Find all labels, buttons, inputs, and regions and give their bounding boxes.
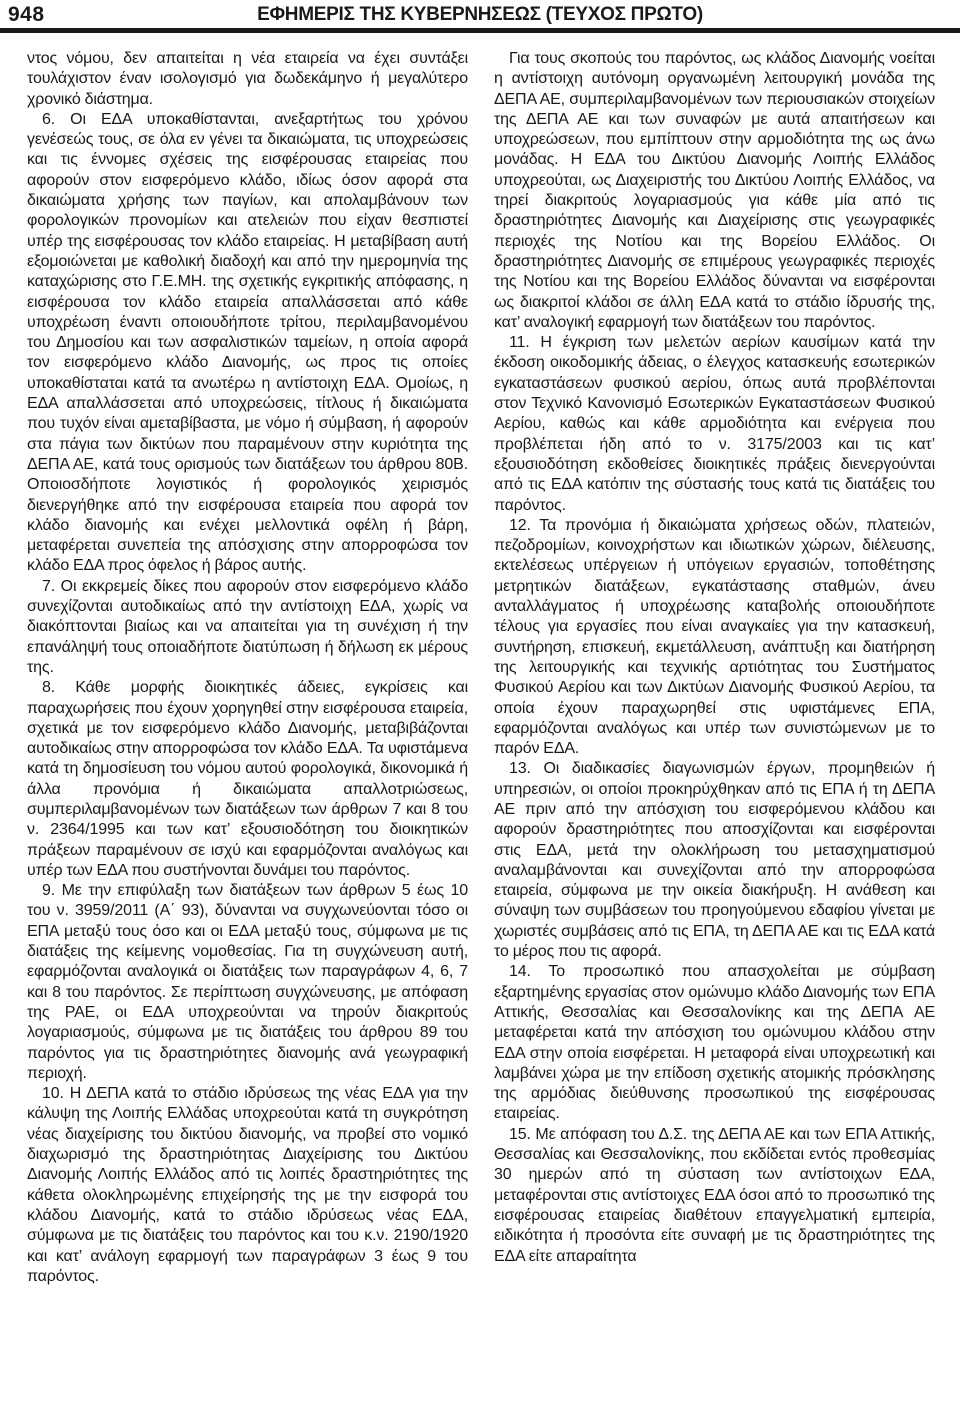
paragraph: ντος νόμου, δεν απαιτείται η νέα εταιρεί…	[27, 49, 468, 110]
paragraph: 8. Κάθε μορφής διοικητικές άδειες, εγκρί…	[27, 678, 468, 881]
paragraph: 9. Με την επιφύλαξη των διατάξεων των άρ…	[27, 881, 468, 1084]
paragraph: 12. Τα προνόμια ή δικαιώματα χρήσεως οδώ…	[494, 516, 935, 760]
paragraph: 14. Το προσωπικό που απασχολείται με σύμ…	[494, 962, 935, 1124]
page-title: ΕΦΗΜΕΡΙΣ ΤΗΣ ΚΥΒΕΡΝΗΣΕΩΣ (ΤΕΥΧΟΣ ΠΡΩΤΟ)	[0, 4, 960, 26]
two-column-text: ντος νόμου, δεν απαιτείται η νέα εταιρεί…	[0, 33, 960, 1287]
paragraph: 10. Η ΔΕΠΑ κατά το στάδιο ιδρύσεως της ν…	[27, 1084, 468, 1287]
left-column: ντος νόμου, δεν απαιτείται η νέα εταιρεί…	[27, 49, 468, 1287]
paragraph: 13. Οι διαδικασίες διαγωνισμών έργων, πρ…	[494, 759, 935, 962]
paragraph: 7. Οι εκκρεμείς δίκες που αφορούν στον ε…	[27, 577, 468, 678]
paragraph: 15. Με απόφαση του Δ.Σ. της ΔΕΠΑ ΑΕ και …	[494, 1125, 935, 1267]
paragraph: 6. Οι ΕΔΑ υποκαθίστανται, ανεξαρτήτως το…	[27, 110, 468, 577]
paragraph: 11. Η έγκριση των μελετών αερίων καυσίμω…	[494, 333, 935, 516]
page-header: 948 ΕΦΗΜΕΡΙΣ ΤΗΣ ΚΥΒΕΡΝΗΣΕΩΣ (ΤΕΥΧΟΣ ΠΡΩ…	[0, 3, 960, 27]
gazette-page: 948 ΕΦΗΜΕΡΙΣ ΤΗΣ ΚΥΒΕΡΝΗΣΕΩΣ (ΤΕΥΧΟΣ ΠΡΩ…	[0, 0, 960, 1415]
right-column: Για τους σκοπούς του παρόντος, ως κλάδος…	[494, 49, 935, 1287]
paragraph: Για τους σκοπούς του παρόντος, ως κλάδος…	[494, 49, 935, 333]
